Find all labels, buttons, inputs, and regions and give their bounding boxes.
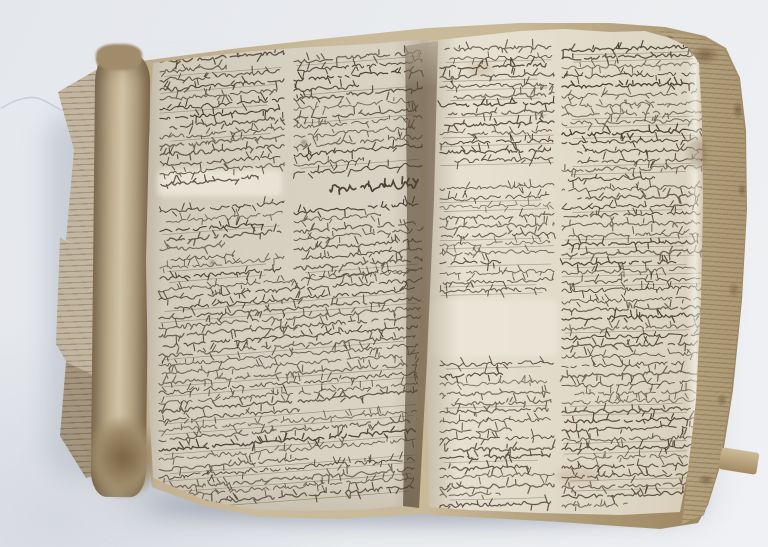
foxing-stain: [688, 138, 706, 168]
protruding-page-tab: [719, 447, 760, 475]
foxing-stain: [468, 62, 494, 76]
foxing-stain: [556, 468, 598, 484]
left-page-handwriting: [154, 32, 430, 518]
right-page-handwriting: [432, 36, 708, 522]
spine-fray-top: [96, 44, 142, 70]
ink-blot: [301, 140, 307, 145]
ink-blot: [210, 260, 215, 265]
open-book: [0, 0, 768, 547]
manuscript-photo: [0, 0, 768, 547]
